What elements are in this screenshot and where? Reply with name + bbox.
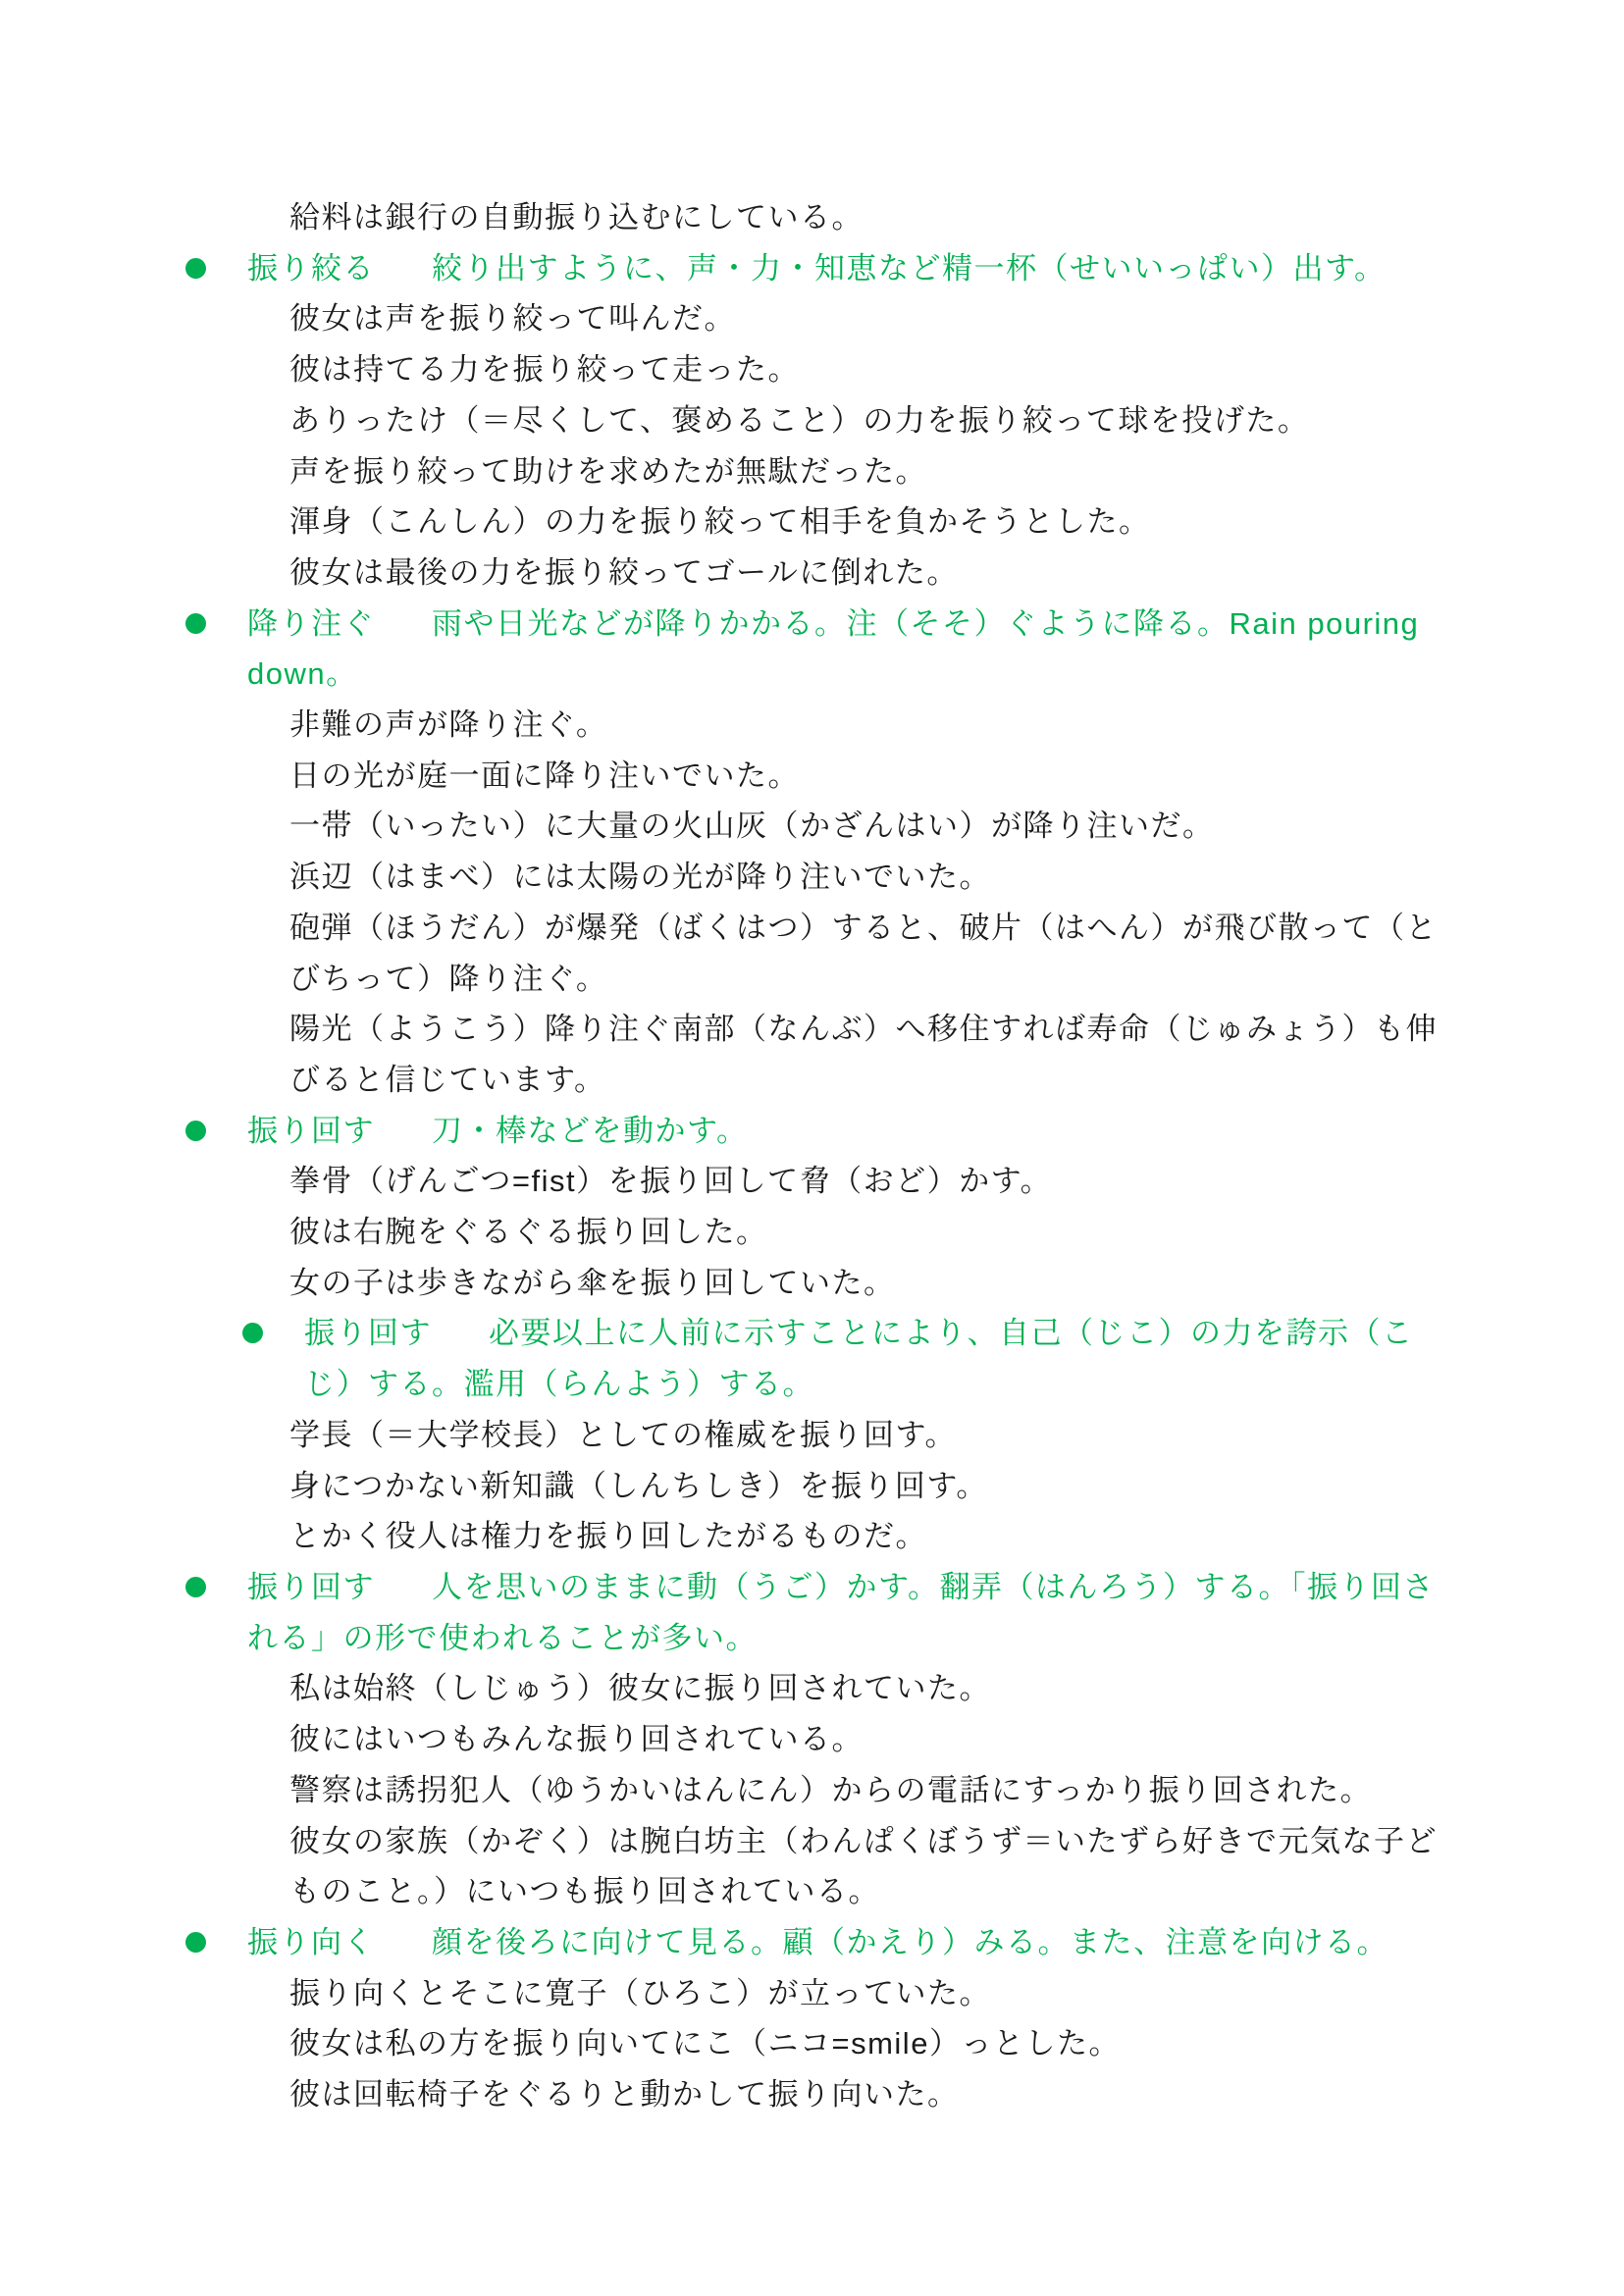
entry-term: 振り向く bbox=[247, 1925, 375, 1959]
entry-definition: 人を思いのままに動（うご）かす。翻弄（はんろう）する。「振り回される」の形で使わ… bbox=[247, 1570, 1435, 1655]
example-sentence: 給料は銀行の自動振り込むにしている。 bbox=[0, 192, 1624, 243]
entry-term: 振り回す bbox=[247, 1570, 375, 1604]
example-sentence: 身につかない新知識（しんちしき）を振り回す。 bbox=[0, 1461, 1624, 1512]
example-sentence: 私は始終（しじゅう）彼女に振り回されていた。 bbox=[0, 1663, 1624, 1714]
example-sentence: 非難の声が降り注ぐ。 bbox=[0, 700, 1624, 751]
entry-term: 振り絞る bbox=[247, 251, 375, 286]
example-sentence: とかく役人は権力を振り回したがるものだ。 bbox=[0, 1511, 1624, 1562]
example-sentence: 浜辺（はまべ）には太陽の光が降り注いでいた。 bbox=[0, 852, 1624, 903]
example-sentence: 彼女は声を振り絞って叫んだ。 bbox=[0, 293, 1624, 344]
example-sentence: ありったけ（＝尽くして、褒めること）の力を振り絞って球を投げた。 bbox=[0, 395, 1624, 446]
bullet-icon bbox=[185, 1577, 206, 1597]
example-sentence: 女の子は歩きながら傘を振り回していた。 bbox=[0, 1258, 1624, 1309]
entry-definition: 顔を後ろに向けて見る。顧（かえり）みる。また、注意を向ける。 bbox=[432, 1925, 1388, 1959]
example-sentence: 彼女の家族（かぞく）は腕白坊主（わんぱくぼうず＝いたずら好きで元気な子どものこと… bbox=[0, 1816, 1624, 1917]
example-sentence: 渾身（こんしん）の力を振り絞って相手を負かそうとした。 bbox=[0, 496, 1624, 548]
example-sentence: 振り向くとそこに寛子（ひろこ）が立っていた。 bbox=[0, 1968, 1624, 2019]
example-sentence: 日の光が庭一面に降り注いでいた。 bbox=[0, 751, 1624, 802]
entry-furimawasu-2: 振り回す必要以上に人前に示すことにより、自己（じこ）の力を誇示（こじ）する。濫用… bbox=[0, 1308, 1624, 1409]
bullet-icon bbox=[185, 1121, 206, 1141]
example-sentence: 彼は持てる力を振り絞って走った。 bbox=[0, 344, 1624, 395]
example-sentence: 声を振り絞って助けを求めたが無駄だった。 bbox=[0, 446, 1624, 497]
example-sentence: 一帯（いったい）に大量の火山灰（かざんはい）が降り注いだ。 bbox=[0, 801, 1624, 852]
example-sentence: 彼女は最後の力を振り絞ってゴールに倒れた。 bbox=[0, 548, 1624, 599]
example-sentence: 学長（＝大学校長）としての権威を振り回す。 bbox=[0, 1410, 1624, 1461]
entry-term: 振り回す bbox=[247, 1114, 375, 1148]
example-sentence: 拳骨（げんごつ=fist）を振り回して脅（おど）かす。 bbox=[0, 1156, 1624, 1207]
example-sentence: 砲弾（ほうだん）が爆発（ばくはつ）すると、破片（はへん）が飛び散って（とびちって… bbox=[0, 903, 1624, 1004]
entry-definition: 絞り出すように、声・力・知恵など精一杯（せいいっぱい）出す。 bbox=[432, 251, 1387, 286]
example-sentence: 彼は回転椅子をぐるりと動かして振り向いた。 bbox=[0, 2069, 1624, 2120]
example-sentence: 彼にはいつもみんな振り回されている。 bbox=[0, 1714, 1624, 1765]
entry-furishiboru: 振り絞る絞り出すように、声・力・知恵など精一杯（せいいっぱい）出す。 bbox=[0, 243, 1624, 294]
example-sentence: 陽光（ようこう）降り注ぐ南部（なんぶ）へ移住すれば寿命（じゅみょう）も伸びると信… bbox=[0, 1004, 1624, 1105]
bullet-icon bbox=[242, 1323, 263, 1343]
example-sentence: 彼女は私の方を振り向いてにこ（ニコ=smile）っとした。 bbox=[0, 2018, 1624, 2069]
example-sentence: 彼は右腕をぐるぐる振り回した。 bbox=[0, 1207, 1624, 1258]
vocabulary-document-page: 給料は銀行の自動振り込むにしている。 振り絞る絞り出すように、声・力・知恵など精… bbox=[0, 0, 1624, 2296]
entry-furimuku: 振り向く顔を後ろに向けて見る。顧（かえり）みる。また、注意を向ける。 bbox=[0, 1917, 1624, 1968]
entry-definition: 必要以上に人前に示すことにより、自己（じこ）の力を誇示（こじ）する。濫用（らんよ… bbox=[304, 1316, 1414, 1401]
bullet-icon bbox=[185, 258, 206, 279]
entry-furimawasu-3: 振り回す人を思いのままに動（うご）かす。翻弄（はんろう）する。「振り回される」の… bbox=[0, 1562, 1624, 1663]
entry-furisosogu: 降り注ぐ雨や日光などが降りかかる。注（そそ）ぐように降る。Rain pourin… bbox=[0, 599, 1624, 700]
entry-definition: 雨や日光などが降りかかる。注（そそ）ぐように降る。Rain pouring do… bbox=[247, 606, 1419, 692]
entry-definition: 刀・棒などを動かす。 bbox=[432, 1114, 749, 1148]
entry-furimawasu-1: 振り回す刀・棒などを動かす。 bbox=[0, 1106, 1624, 1157]
bullet-icon bbox=[185, 1932, 206, 1953]
document-body: 給料は銀行の自動振り込むにしている。 振り絞る絞り出すように、声・力・知恵など精… bbox=[0, 192, 1624, 2120]
entry-term: 振り回す bbox=[304, 1316, 432, 1350]
bullet-icon bbox=[185, 613, 206, 634]
entry-term: 降り注ぐ bbox=[247, 606, 375, 641]
example-sentence: 警察は誘拐犯人（ゆうかいはんにん）からの電話にすっかり振り回された。 bbox=[0, 1765, 1624, 1816]
